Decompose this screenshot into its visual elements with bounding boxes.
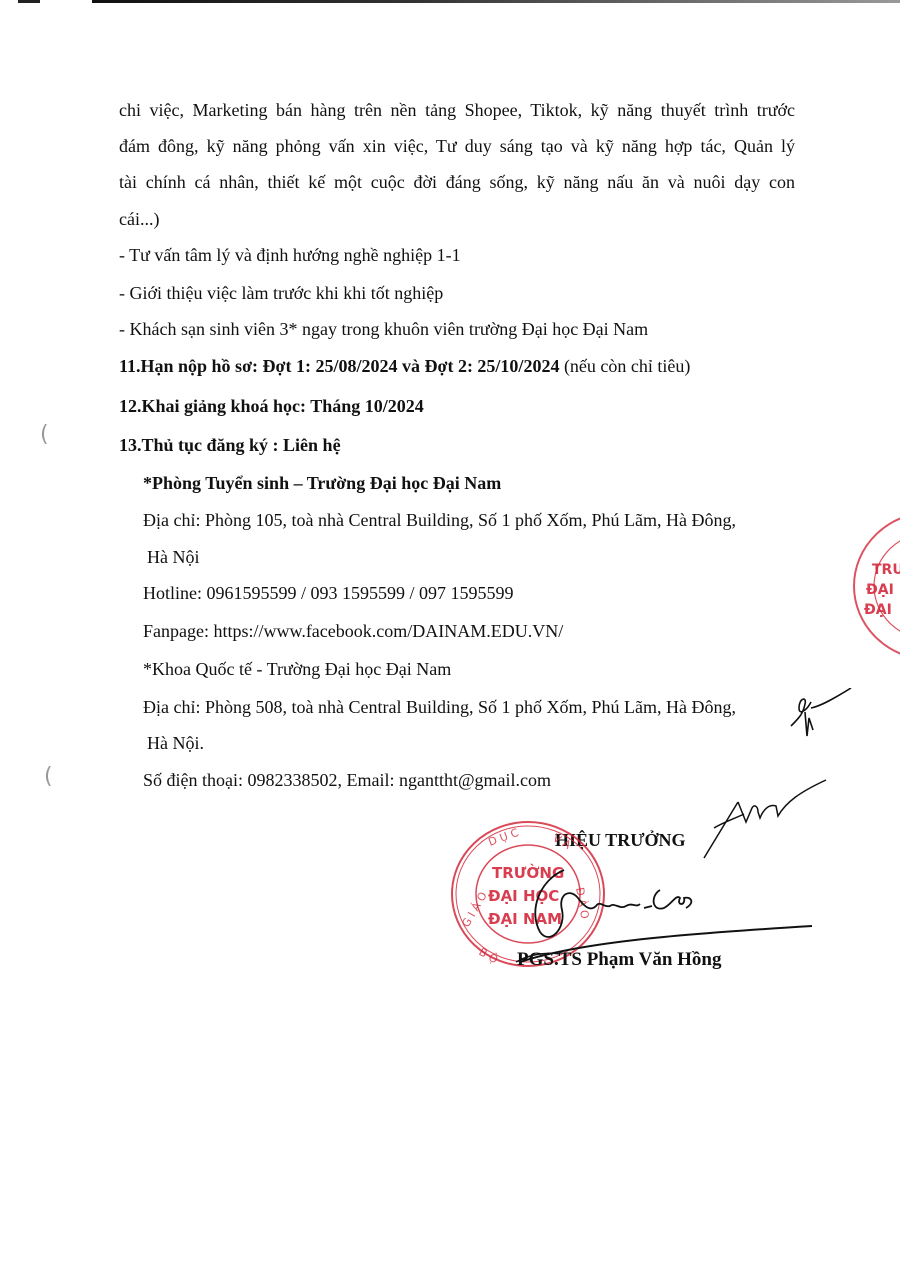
section-label: Thủ tục đăng ký : Liên hệ [142,435,341,455]
bullet-item: - Tư vấn tâm lý và định hướng nghề nghiệ… [119,244,461,266]
contact-fanpage: Fanpage: https://www.facebook.com/DAINAM… [143,620,563,642]
section-deadline: 11.Hạn nộp hồ sơ: Đợt 1: 25/08/2024 và Đ… [119,355,690,377]
contact-hotline: Hotline: 0961595599 / 093 1595599 / 097 … [143,582,514,604]
svg-text:TRƯ: TRƯ [872,562,900,578]
paragraph-line: tài chính cá nhân, thiết kế một cuộc đời… [119,171,795,193]
signatory-name: PGS.TS Phạm Văn Hồng [517,949,721,971]
section-label: Hạn nộp hồ sơ: Đợt 1: 25/08/2024 và Đợt … [141,356,560,376]
partial-stamp-icon: TRƯ ĐẠI ĐẠI [852,508,900,668]
paragraph-line: đám đông, kỹ năng phỏng vấn xin việc, Tư… [119,135,795,157]
section-note: (nếu còn chỉ tiêu) [559,356,690,376]
paragraph-line: chi việc, Marketing bán hàng trên nền tả… [119,99,795,121]
bullet-item: - Khách sạn sinh viên 3* ngay trong khuô… [119,318,648,340]
paragraph-line: cái...) [119,208,159,230]
section-number: 11. [119,356,141,376]
svg-text:ĐẠI: ĐẠI [866,582,894,598]
section-number: 12. [119,396,142,416]
punch-hole-mark: ( [40,422,49,447]
scan-top-edge [0,0,900,3]
contact-heading: *Khoa Quốc tế - Trường Đại học Đại Nam [143,658,451,680]
contact-address-city: Hà Nội. [147,732,204,754]
section-opening: 12.Khai giảng khoá học: Tháng 10/2024 [119,395,424,417]
initials-signature-icon [785,688,855,743]
svg-text:G I Á O: G I Á O [459,889,490,929]
contact-address: Địa chỉ: Phòng 105, toà nhà Central Buil… [143,509,736,531]
section-label: Khai giảng khoá học: Tháng 10/2024 [142,396,424,416]
bullet-item: - Giới thiệu việc làm trước khi khi tốt … [119,282,443,304]
scan-edge-bar [92,0,900,3]
section-number: 13. [119,435,142,455]
svg-text:B Ộ: B Ộ [477,945,501,966]
initials-signature-icon [700,778,830,860]
scan-edge-mark [18,0,40,3]
contact-address: Địa chỉ: Phòng 508, toà nhà Central Buil… [143,696,736,718]
contact-phone-email: Số điện thoại: 0982338502, Email: ngantt… [143,769,551,791]
section-registration: 13.Thủ tục đăng ký : Liên hệ [119,434,341,456]
contact-address-city: Hà Nội [147,546,200,568]
svg-text:ĐẠI: ĐẠI [864,602,892,618]
punch-hole-mark: ( [44,764,53,789]
contact-heading: *Phòng Tuyển sinh – Trường Đại học Đại N… [143,472,501,494]
